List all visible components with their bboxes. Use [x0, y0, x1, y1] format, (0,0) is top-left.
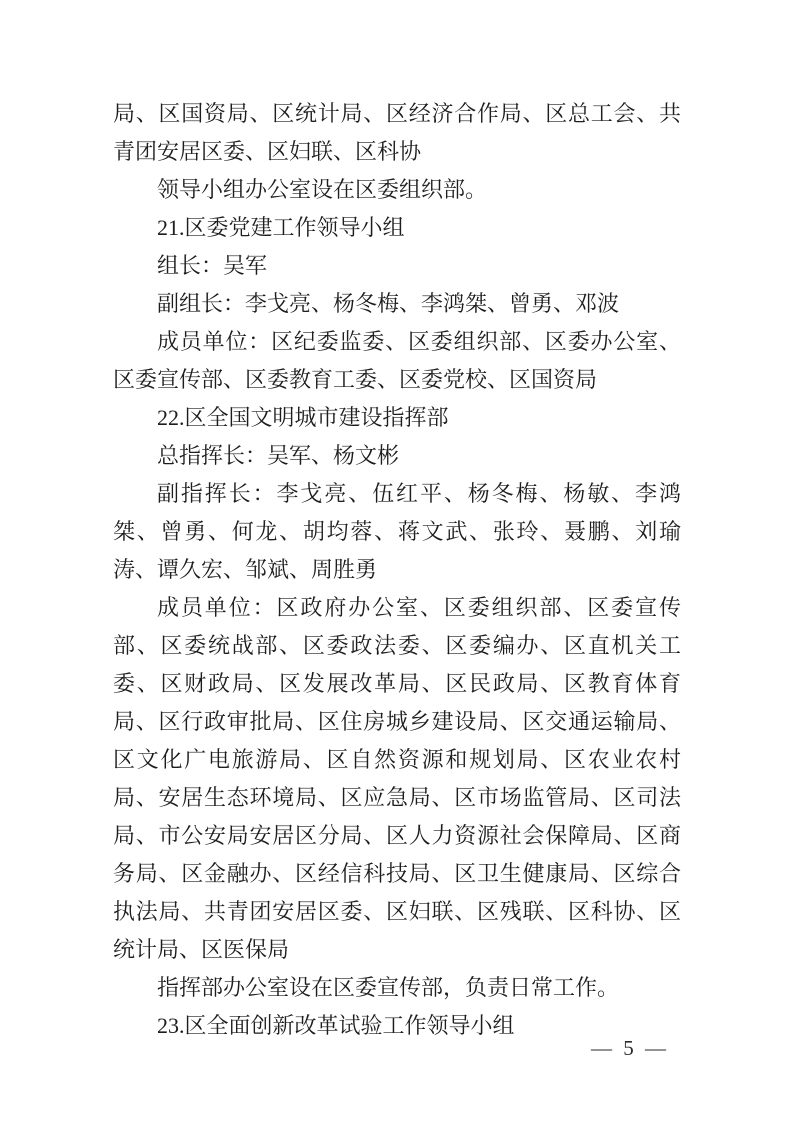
- paragraph: 总指挥长：吴军、杨文彬: [113, 437, 681, 475]
- paragraph: 副组长：李戈亮、杨冬梅、李鸿桀、曾勇、邓波: [113, 285, 681, 323]
- paragraph: 组长：吴军: [113, 247, 681, 285]
- paragraph: 成员单位：区政府办公室、区委组织部、区委宣传部、区委统战部、区委政法委、区委编办…: [113, 589, 681, 969]
- document-page: 局、区国资局、区统计局、区经济合作局、区总工会、共青团安居区委、区妇联、区科协领…: [0, 0, 793, 1122]
- page-number: — 5 —: [591, 1036, 669, 1060]
- paragraph: 21.区委党建工作领导小组: [113, 209, 681, 247]
- paragraph: 领导小组办公室设在区委组织部。: [113, 171, 681, 209]
- paragraph: 副指挥长：李戈亮、伍红平、杨冬梅、杨敏、李鸿桀、曾勇、何龙、胡均蓉、蒋文武、张玲…: [113, 475, 681, 589]
- paragraph: 成员单位：区纪委监委、区委组织部、区委办公室、区委宣传部、区委教育工委、区委党校…: [113, 323, 681, 399]
- paragraph: 22.区全国文明城市建设指挥部: [113, 399, 681, 437]
- paragraph: 局、区国资局、区统计局、区经济合作局、区总工会、共青团安居区委、区妇联、区科协: [113, 95, 681, 171]
- page-footer: — 5 —: [591, 1036, 669, 1060]
- document-content: 局、区国资局、区统计局、区经济合作局、区总工会、共青团安居区委、区妇联、区科协领…: [113, 95, 681, 1045]
- paragraph: 指挥部办公室设在区委宣传部，负责日常工作。: [113, 969, 681, 1007]
